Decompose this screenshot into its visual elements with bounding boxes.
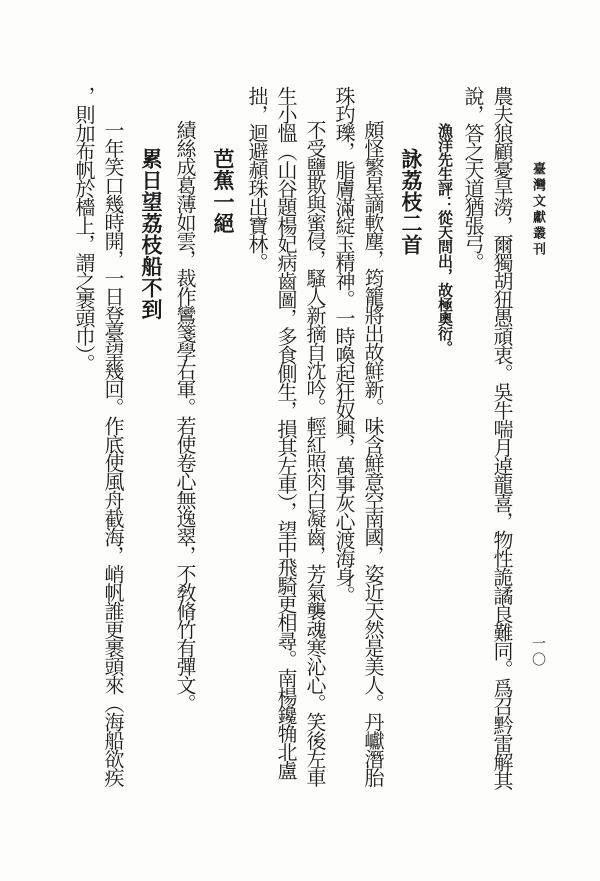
series-header-title: 臺灣文獻叢刊: [529, 162, 548, 258]
text-column-1-nongfu-verse-continuation: 農夫狼顧憂旱澇，爾獨胡狃愚頑衷。吳牛喘月逴龍喜，物性詭譎良難同。爲召黔雷解其: [489, 86, 512, 832]
poem-title-yong-lizhi-er-shou: 詠荔枝二首: [397, 86, 424, 832]
text-column-11-bajiao-poem: 績絲成葛薄如雲，裁作鸞箋學右軍。若使卷心無逸翠，不敎脩竹有彈文。: [172, 86, 195, 832]
poem-title-bajiao-yi-jue: 芭蕉一絕: [209, 86, 236, 832]
text-column-9-lizhi-poem-2-end: 拙，迴避頳珠出寶林。: [244, 86, 267, 832]
vertical-text-block: 農夫狼顧憂旱澇，爾獨胡狃愚頑衷。吳牛喘月逴龍喜，物性詭譎良難同。爲召黔雷解其 說…: [36, 86, 512, 832]
folio-page-number: 一〇: [527, 636, 547, 668]
text-column-8-lizhi-poem-2-continuation: 生小慍（山谷題楊妃病齒圖，多食側生，損其左車），望中飛騎更相尋。南楊鑱觕北盧: [273, 86, 296, 832]
text-column-13-leiri-poem: 一年笑口幾時開，一日登臺望幾回。作底使風舟截海，峭帆誰更裹頭來（海船欲疾: [100, 86, 123, 832]
text-column-7-lizhi-poem-2: 不受鹽欺與蜜侵，騷人新摘自沈吟。輕紅照肉白凝齒，芳氣襲魂寒沁心。笑後左車: [302, 86, 325, 832]
text-column-14-leiri-poem-note-continuation: ，則加布帆於檣上，謂之裹頭巾）。: [71, 86, 94, 832]
text-column-5-lizhi-poem-1: 頗怪繁星謫軟塵，筠籠將出故鮮新。味含鮮意空南國，姿近天然是美人。丹巘潛胎: [360, 86, 383, 832]
text-column-2-verse-continuation: 說，答之天道猶張弓。: [460, 86, 483, 832]
text-column-3-yuyang-commentary: 漁洋先生評：從天問出，故極奧衍。: [434, 86, 454, 832]
text-column-6-lizhi-poem-1-continuation: 珠玓瓅，脂膚滿綻玉精神。一時喚起狂奴興，萬事灰心渡海身。: [331, 86, 354, 832]
scanned-book-page: 臺灣文獻叢刊 一〇 農夫狼顧憂旱澇，爾獨胡狃愚頑衷。吳牛喘月逴龍喜，物性詭譎良難…: [0, 0, 600, 881]
poem-title-leiri-wang-lizhi-chuan-bu-dao: 累日望荔枝船不到: [137, 86, 164, 832]
